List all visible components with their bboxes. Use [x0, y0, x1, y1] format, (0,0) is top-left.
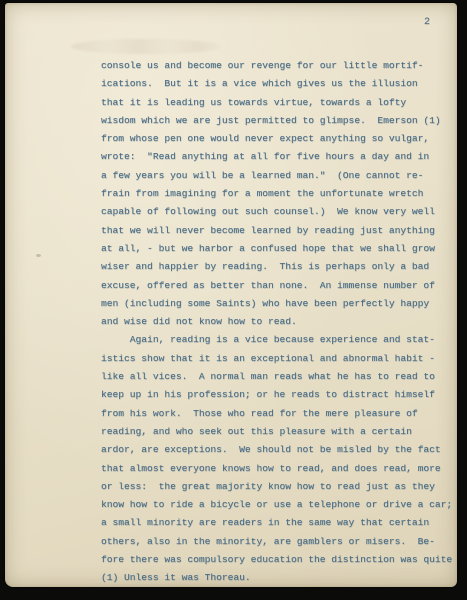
typescript-line: ardor, are exceptions. We should not be …: [101, 441, 457, 459]
typescript-line: at all, - but we harbor a confused hope …: [101, 240, 457, 258]
typescript-line: that almost everyone knows how to read, …: [101, 460, 457, 478]
page-number: 2: [424, 17, 430, 28]
typescript-line: reading, and who seek out this pleasure …: [101, 423, 457, 441]
erased-pencil-mark: [71, 39, 221, 54]
scan-frame: 2 console us and become our revenge for …: [0, 0, 467, 600]
typescript-line: wiser and happier by reading. This is pe…: [101, 258, 457, 276]
typescript-line: that it is leading us towards virtue, to…: [101, 94, 457, 112]
typescript-line: console us and become our revenge for ou…: [101, 57, 457, 75]
typescript-line: from his work. Those who read for the me…: [101, 405, 457, 423]
footnote-line: (1) Unless it was Thoreau.: [101, 569, 457, 587]
typescript-line: fore there was compulsory education the …: [101, 551, 457, 569]
typescript-line: wrote: "Read anything at all for five ho…: [101, 148, 457, 166]
typescript-body: console us and become our revenge for ou…: [101, 57, 457, 569]
typescript-line: like all vices. A normal man reads what …: [101, 368, 457, 386]
typescript-line: keep up in his profession; or he reads t…: [101, 386, 457, 404]
typescript-line: istics show that it is an exceptional an…: [101, 350, 457, 368]
typescript-line: ications. But it is a vice which gives u…: [101, 75, 457, 93]
typescript-line: or less: the great majority know how to …: [101, 478, 457, 496]
typescript-line: that we will never become learned by rea…: [101, 222, 457, 240]
typescript-line: capable of following out such counsel.) …: [101, 203, 457, 221]
typescript-line: Again, reading is a vice because experie…: [101, 331, 457, 349]
typescript-line: a small minority are readers in the same…: [101, 514, 457, 532]
typescript-line: others, also in the minority, are gamble…: [101, 533, 457, 551]
typescript-line: and wise did not know how to read.: [101, 313, 457, 331]
typescript-line: excuse, offered as better than none. An …: [101, 277, 457, 295]
typescript-line: know how to ride a bicycle or use a tele…: [101, 496, 457, 514]
typescript-line: from whose pen one would never expect an…: [101, 130, 457, 148]
typed-text-block: console us and become our revenge for ou…: [101, 57, 457, 588]
typescript-line: a few years you will be a learned man." …: [101, 167, 457, 185]
paper-speck: [36, 254, 41, 257]
document-page: 2 console us and become our revenge for …: [5, 3, 457, 587]
typescript-line: frain from imagining for a moment the un…: [101, 185, 457, 203]
typescript-line: men (including some Saints) who have bee…: [101, 295, 457, 313]
typescript-line: wisdom which we are just permitted to gl…: [101, 112, 457, 130]
